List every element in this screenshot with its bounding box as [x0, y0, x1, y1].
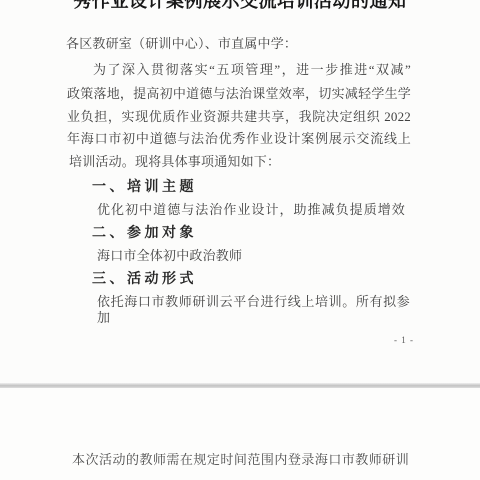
section-2-body-line: 海口市全体初中政治教师: [97, 248, 242, 264]
page-number: - 1 -: [394, 335, 414, 345]
scan-page-2: 本次活动的教师需在规定时间范围内登录海口市教师研训: [0, 388, 480, 480]
scanned-notice-document: 秀作业设计案例展示交流培训活动的通知 各区教研室（研训中心）、市直属中学： 为了…: [0, 0, 480, 480]
notice-salutation: 各区教研室（研训中心）、市直属中学：: [66, 36, 297, 52]
section-3-body-line: 依托海口市教师研训云平台进行线上培训。所有拟参加: [97, 294, 410, 326]
intro-line-3: 业负担，实现优质作业资源共建共享，我院决定组织 2022: [67, 109, 411, 125]
section-3-heading: 三、活动形式: [92, 272, 197, 288]
section-2-heading: 二、参加对象: [92, 226, 197, 242]
intro-line-4: 年海口市初中道德与法治优秀作业设计案例展示交流线上: [67, 131, 411, 147]
intro-line-1: 为了深入贯彻落实“五项管理”，进一步推进“双减”: [67, 62, 411, 78]
scan-page-1: 秀作业设计案例展示交流培训活动的通知 各区教研室（研训中心）、市直属中学： 为了…: [0, 0, 480, 387]
page2-first-line: 本次活动的教师需在规定时间范围内登录海口市教师研训: [72, 452, 409, 468]
section-1-body-line: 优化初中道德与法治作业设计，助推减负提质增效: [97, 202, 405, 218]
notice-title-partial: 秀作业设计案例展示交流培训活动的通知: [0, 0, 480, 11]
intro-line-5: 培训活动。现将具体事项通知如下：: [69, 154, 280, 170]
intro-line-2: 政策落地，提高初中道德与法治课堂效率，切实减轻学生学: [67, 86, 411, 102]
section-1-heading: 一、培训主题: [92, 180, 197, 196]
